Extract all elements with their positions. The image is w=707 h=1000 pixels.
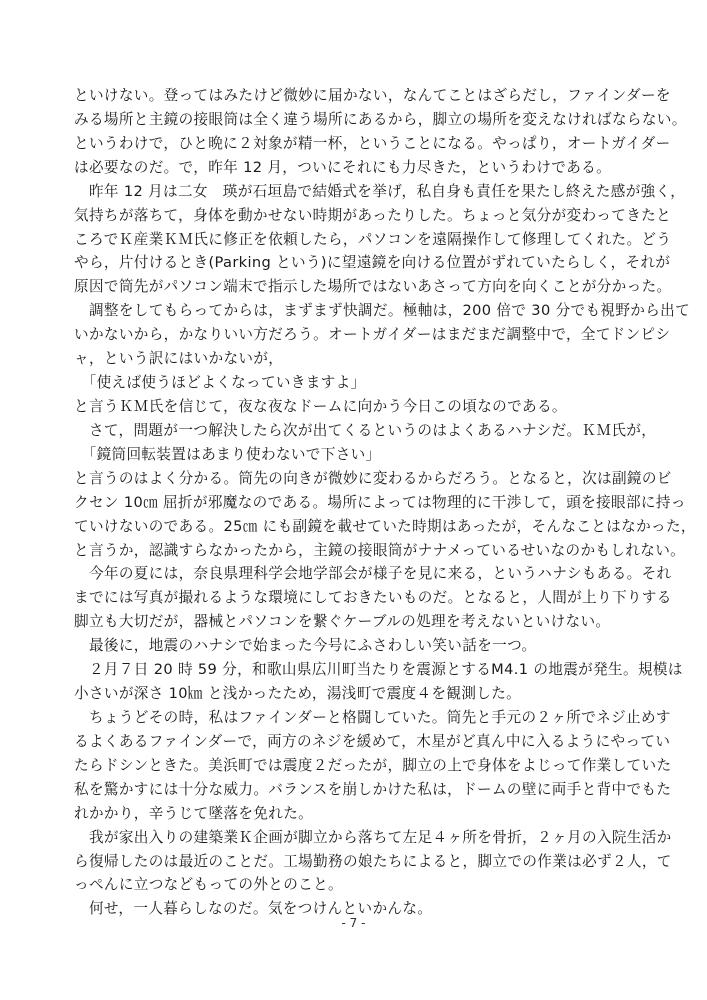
text-line: やら，片付けるとき(Parking という)に望遠鏡を向ける位置がずれていたらし… <box>74 251 630 275</box>
text-line: っぺんに立つなどもっての外とのこと。 <box>74 873 630 897</box>
text-line: ていけないのである。25㎝ にも副鏡を載せていた時期はあったが，そんなことはなか… <box>74 515 630 539</box>
text-line: といけない。登ってはみたけど微妙に届かない，なんてことはざらだし，ファインダーを <box>74 84 630 108</box>
text-line: 我が家出入りの建築業Ｋ企画が脚立から落ちて左足４ヶ所を骨折，２ヶ月の入院生活か <box>74 826 630 850</box>
text-line: 原因で筒先がパソコン端末で指示した場所ではないあさって方向を向くことが分かった。 <box>74 275 630 299</box>
text-line: 小さいが深さ 10㎞ と浅かったため，湯浅町で震度４を観測した。 <box>74 682 630 706</box>
text-line: と言うか，認識すらなかったから，主鏡の接眼筒がナナメっているせいなのかもしれない… <box>74 539 630 563</box>
text-line: ちょうどその時，私はファインダーと格闘していた。筒先と手元の２ヶ所でネジ止めす <box>74 706 630 730</box>
text-line: 今年の夏には，奈良県理科学会地学部会が様子を見に来る，というハナシもある。それ <box>74 562 630 586</box>
text-line: たらドシンときた。美浜町では震度２だったが，脚立の上で身体をよじって作業していた <box>74 754 630 778</box>
text-line: 私を驚かすには十分な威力。バランスを崩しかけた私は，ドームの壁に両手と背中でもた <box>74 778 630 802</box>
text-line: 気持ちが落ちて，身体を動かせない時期があったりした。ちょっと気分が変わってきたと <box>74 204 630 228</box>
text-line: ２月７日 20 時 59 分，和歌山県広川町当たりを震源とするM4.1 の地震が… <box>74 658 630 682</box>
text-line: 最後に，地震のハナシで始まった今号にふさわしい笑い話を一つ。 <box>74 634 630 658</box>
text-line: みる場所と主鏡の接眼筒は全く違う場所にあるから，脚立の場所を変えなければならない… <box>74 108 630 132</box>
quote-line: 「使えば使うほどよくなっていきますよ」 <box>74 371 630 395</box>
text-line: と言うＫＭ氏を信じて，夜な夜なドームに向かう今日この頃なのである。 <box>74 395 630 419</box>
text-line: と言うのはよく分かる。筒先の向きが微妙に変わるからだろう。となると，次は副鏡のビ <box>74 467 630 491</box>
text-line: 昨年 12 月は二女 瑛が石垣島で結婚式を挙げ，私自身も責任を果たし終えた感が強… <box>74 180 630 204</box>
text-line: いかないから，かなりいい方だろう。オートガイダーはまだまだ調整中で，全てドンピシ <box>74 323 630 347</box>
text-line: さて，問題が一つ解決したら次が出てくるというのはよくあるハナシだ。ＫＭ氏が， <box>74 419 630 443</box>
quote-line: 「鏡筒回転装置はあまり使わないで下さい」 <box>74 443 630 467</box>
text-line: ら復帰したのは最近のことだ。工場勤務の娘たちによると，脚立での作業は必ず２人，て <box>74 850 630 874</box>
text-line: というわけで，ひと晩に２対象が精一杯，ということになる。やっぱり，オートガイダー <box>74 132 630 156</box>
text-line: 調整をしてもらってからは，まずまず快調だ。極軸は，200 倍で 30 分でも視野… <box>74 299 630 323</box>
text-line: ころでＫ産業ＫＭ氏に修正を依頼したら，パソコンを遠隔操作して修理してくれた。どう <box>74 228 630 252</box>
article-body: といけない。登ってはみたけど微妙に届かない，なんてことはざらだし，ファインダーを… <box>74 84 630 921</box>
page-number: - 7 - <box>0 916 707 930</box>
text-line: クセン 10㎝ 屈折が邪魔なのである。場所によっては物理的に干渉して，頭を接眼部… <box>74 491 630 515</box>
text-line: れかかり，辛うじて墜落を免れた。 <box>74 802 630 826</box>
text-line: までには写真が撮れるような環境にしておきたいものだ。となると，人間が上り下りする <box>74 586 630 610</box>
text-line: は必要なのだ。で，昨年 12 月，ついにそれにも力尽きた，というわけである。 <box>74 156 630 180</box>
text-line: 脚立も大切だが，器械とパソコンを繋ぐケーブルの処理を考えないといけない。 <box>74 610 630 634</box>
text-line: るよくあるファインダーで，両方のネジを緩めて，木星がど真ん中に入るようにやってい <box>74 730 630 754</box>
text-line: ャ，という訳にはいかないが， <box>74 347 630 371</box>
document-page: といけない。登ってはみたけど微妙に届かない，なんてことはざらだし，ファインダーを… <box>0 0 707 1000</box>
